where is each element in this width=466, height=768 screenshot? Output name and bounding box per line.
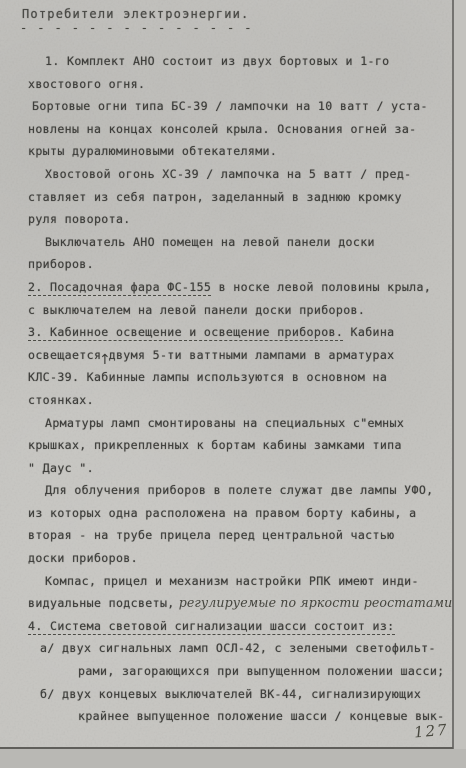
text-span: крыты дуралюминовыми обтекателями. [28, 144, 277, 158]
text-span: Для облучения приборов в полете служат д… [45, 483, 434, 497]
text-line: стоянках. [28, 389, 446, 412]
text-span: хвостового огня. [28, 77, 145, 91]
text-line: Выключатель АНО помещен на левой панели … [28, 231, 446, 254]
text-line: с выключателем на левой панели доски при… [28, 299, 446, 322]
item-3-underlined-heading: 3. Кабинное освещение и освещение прибор… [28, 325, 343, 341]
text-span: Арматуры ламп смонтированы на специальны… [45, 416, 404, 430]
text-span: вторая - на трубе прицела перед централь… [28, 528, 395, 542]
text-span: Кабина [343, 325, 394, 339]
text-span: Выключатель АНО помещен на левой панели … [45, 235, 375, 249]
text-line: ставляет из себя патрон, заделанный в за… [28, 186, 446, 209]
document-body: 1. Комплект АНО состоит из двух бортовых… [28, 50, 446, 728]
text-line-with-handwriting: видуальные подсветы, регулируемые по ярк… [28, 592, 446, 615]
text-span: б/ двух концевых выключателей ВК-44, сиг… [40, 687, 421, 701]
text-line: рами, загорающихся при выпущенном положе… [28, 660, 446, 683]
text-span: в носке левой половины крыла, [211, 280, 431, 294]
page-title: Потребители электроэнергии. [22, 7, 249, 21]
page-number: 127 [413, 721, 449, 742]
text-line: новлены на концах консолей крыла. Основа… [28, 118, 446, 141]
text-span: из которых одна расположена на правом бо… [28, 506, 417, 520]
text-line: КЛС-39. Кабинные лампы используются в ос… [28, 366, 446, 389]
title-dashed-underline: - - - - - - - - - - - - - - [20, 21, 253, 35]
text-span: 1. Комплект АНО состоит из двух бортовых… [45, 54, 390, 68]
scan-edge-bottom-band [0, 749, 466, 768]
text-line: из которых одна расположена на правом бо… [28, 502, 446, 525]
text-span: Хвостовой огонь ХС-39 / лампочка на 5 ва… [45, 167, 412, 181]
text-line: хвостового огня. [28, 73, 446, 96]
text-line-subitem-a: а/ двух сигнальных ламп ОСЛ-42, с зелены… [28, 637, 446, 660]
text-line: приборов. [28, 253, 446, 276]
item-2-underlined-heading: 2. Посадочная фара ФС-155 [28, 280, 211, 296]
scan-edge-margin [454, 0, 466, 768]
text-span: новлены на концах консолей крыла. Основа… [28, 122, 417, 136]
text-line: крыты дуралюминовыми обтекателями. [28, 140, 446, 163]
text-span: стоянках. [28, 393, 94, 407]
item-4-underlined-heading: 4. Система световой сигнализации шасси с… [28, 619, 395, 635]
text-line-item-2: 2. Посадочная фара ФС-155 в носке левой … [28, 276, 446, 299]
text-span: с выключателем на левой панели доски при… [28, 303, 365, 317]
scanned-document-page: Потребители электроэнергии. - - - - - - … [0, 0, 466, 768]
text-span: а/ двух сигнальных ламп ОСЛ-42, с зелены… [40, 641, 436, 655]
text-line: Арматуры ламп смонтированы на специальны… [28, 412, 446, 435]
text-span: приборов. [28, 257, 94, 271]
text-span: крайнее выпущенное положение шасси / кон… [78, 709, 445, 723]
text-line-subitem-b: б/ двух концевых выключателей ВК-44, сиг… [28, 683, 446, 706]
text-span: Компас, прицел и механизм настройки РПК … [45, 574, 419, 588]
text-line: крышках, прикрепленных к бортам кабины з… [28, 434, 446, 457]
text-span: рами, загорающихся при выпущенном положе… [78, 664, 445, 678]
text-line: руля поворота. [28, 208, 446, 231]
text-span: ставляет из себя патрон, заделанный в за… [28, 190, 402, 204]
text-line: " Даус ". [28, 457, 446, 480]
text-line: крайнее выпущенное положение шасси / кон… [28, 705, 446, 728]
text-line: доски приборов. [28, 547, 446, 570]
text-span: крышках, прикрепленных к бортам кабины з… [28, 438, 402, 452]
text-line: вторая - на трубе прицела перед централь… [28, 524, 446, 547]
text-span: видуальные подсветы, [28, 596, 175, 610]
text-span: " Даус ". [28, 461, 94, 475]
text-line: освещается двумя 5-ти ваттными лампами в… [28, 344, 446, 367]
text-span: доски приборов. [28, 551, 138, 565]
text-line-item-4: 4. Система световой сигнализации шасси с… [28, 615, 446, 638]
text-span: КЛС-39. Кабинные лампы используются в ос… [28, 370, 387, 384]
text-line: Бортовые огни типа БС-39 / лампочки на 1… [28, 95, 446, 118]
handwritten-arrow-mark: ↑ [99, 352, 111, 368]
text-line: 1. Комплект АНО состоит из двух бортовых… [28, 50, 446, 73]
text-span: Бортовые огни типа БС-39 / лампочки на 1… [32, 99, 428, 113]
page-edge-line-vertical [452, 0, 454, 750]
handwritten-phrase: регулируемые по яркости реостатами. [175, 595, 457, 610]
text-line: Хвостовой огонь ХС-39 / лампочка на 5 ва… [28, 163, 446, 186]
text-span: руля поворота. [28, 212, 131, 226]
text-line: Для облучения приборов в полете служат д… [28, 479, 446, 502]
text-line-item-3: 3. Кабинное освещение и освещение прибор… [28, 321, 446, 344]
text-span: освещается двумя 5-ти ваттными лампами в… [28, 348, 395, 362]
text-line: Компас, прицел и механизм настройки РПК … [28, 570, 446, 593]
